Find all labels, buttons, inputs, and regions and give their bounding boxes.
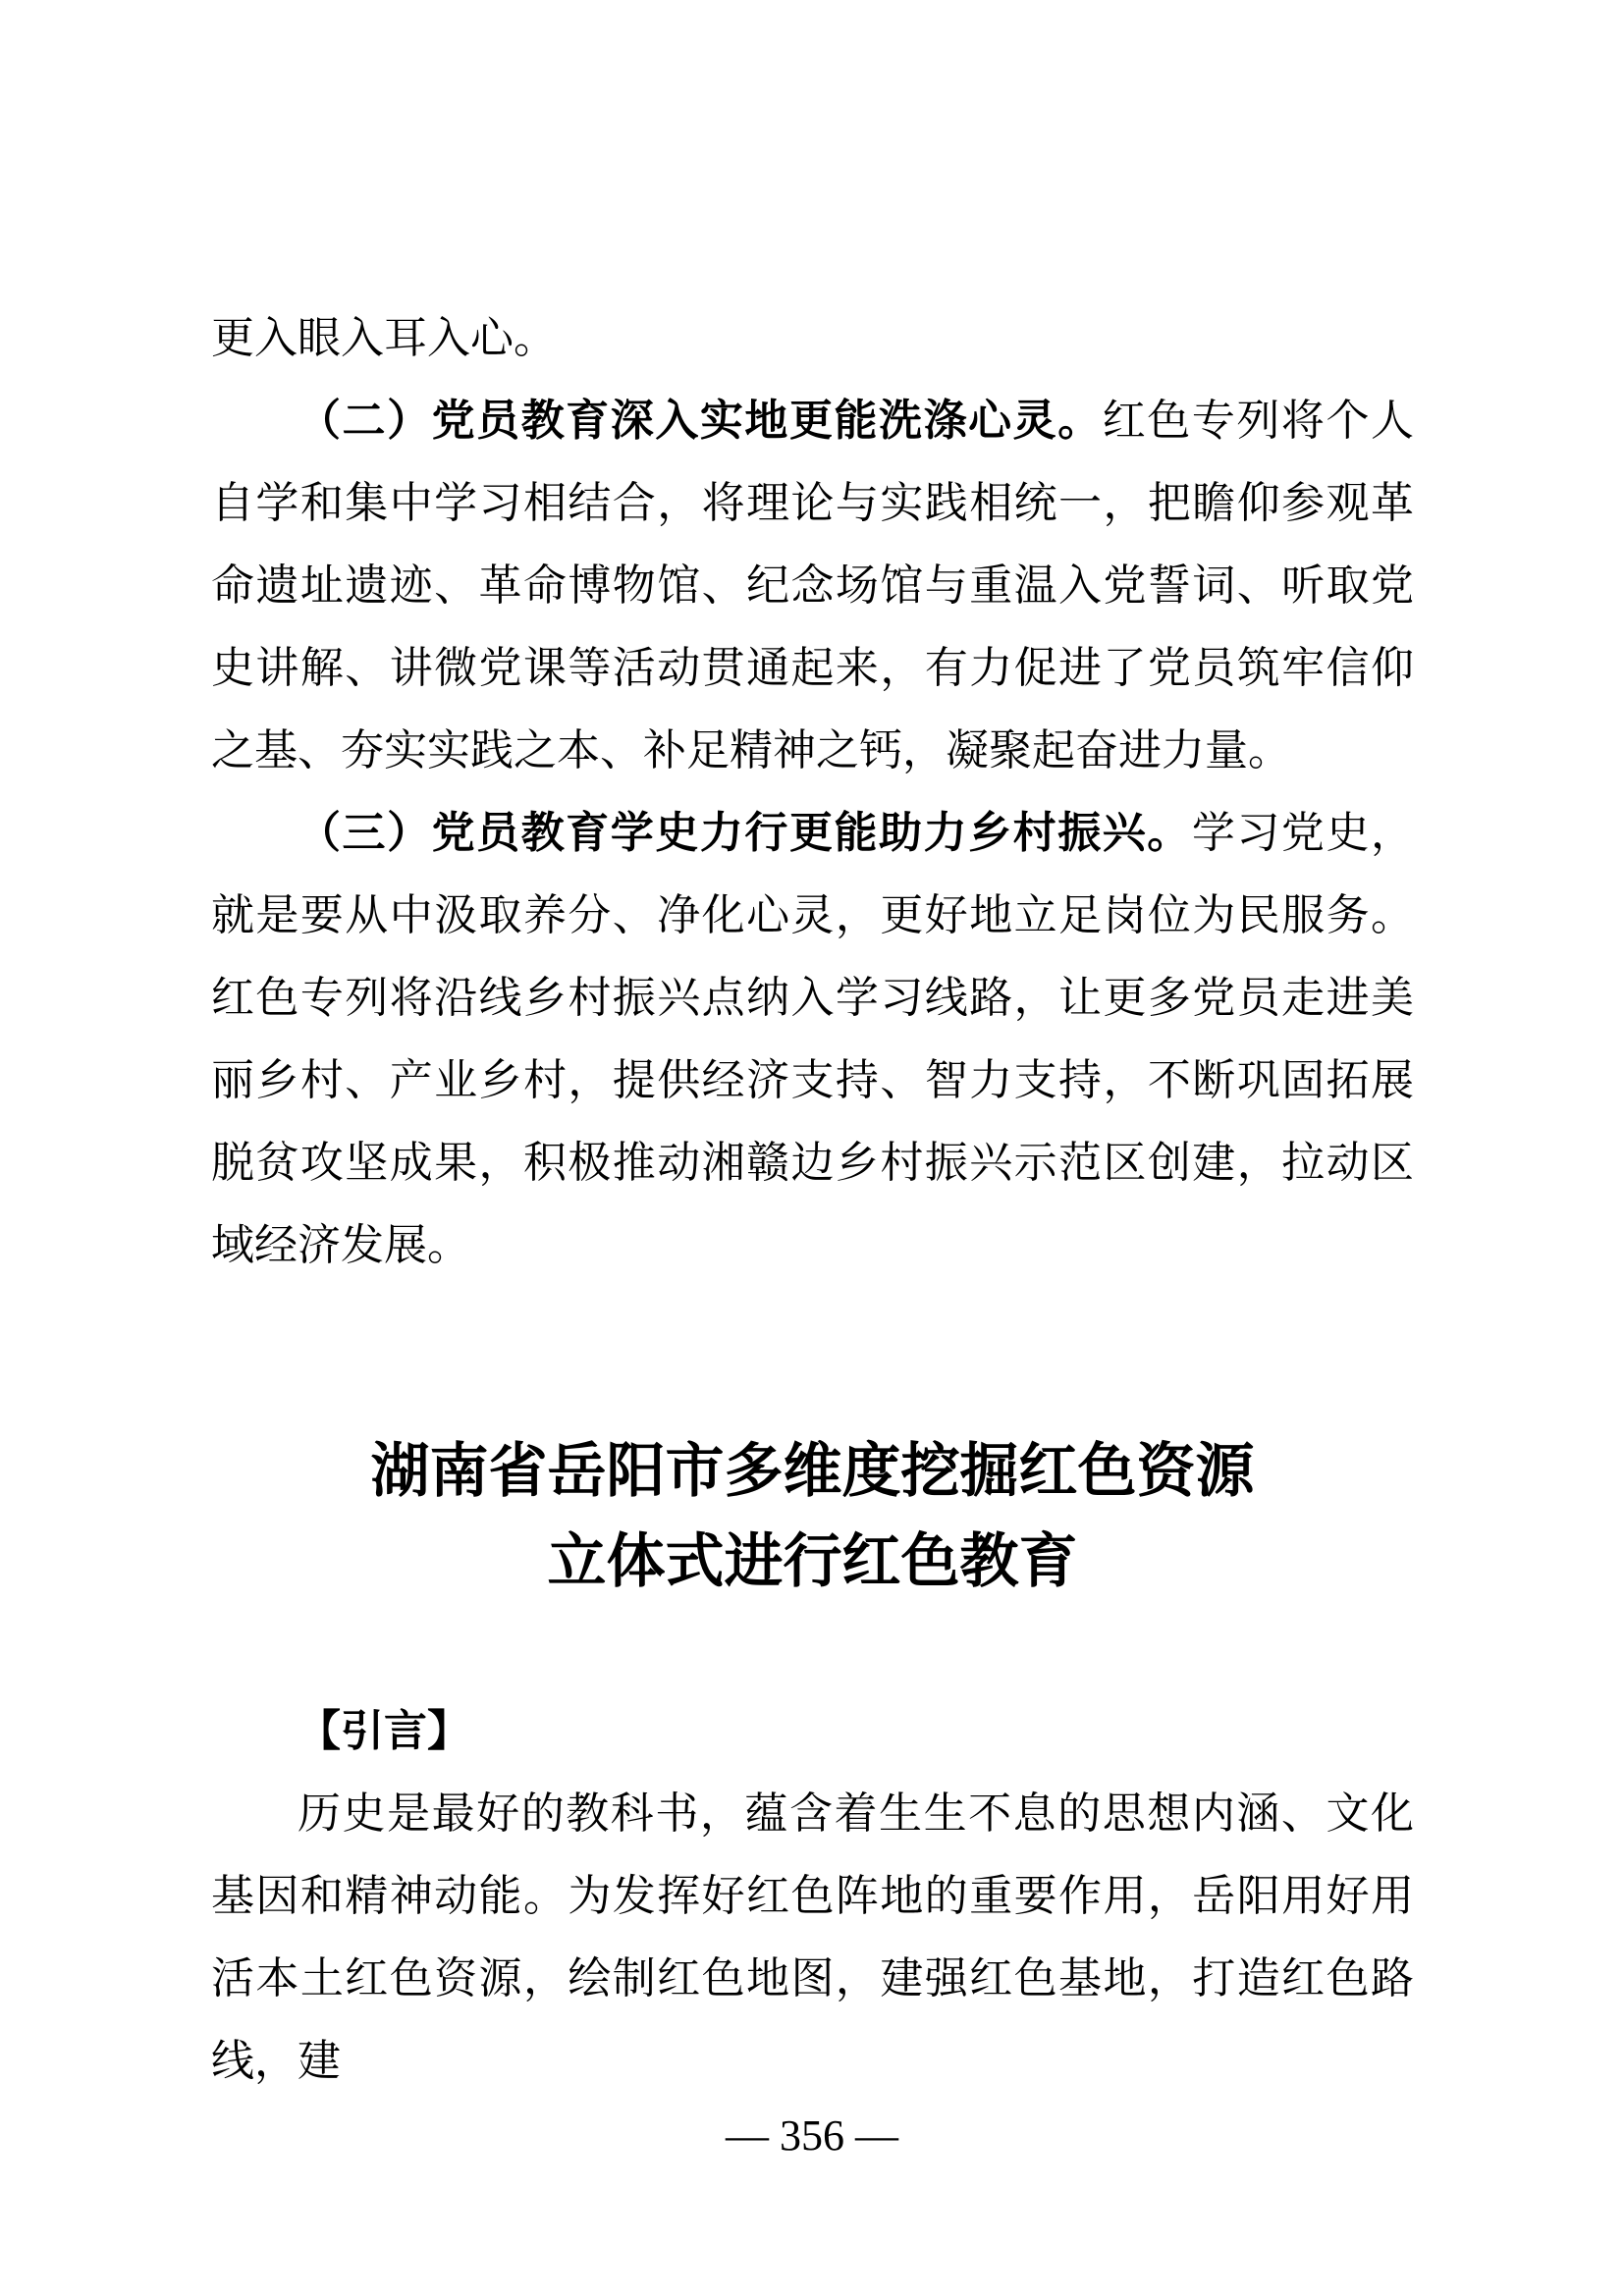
text-block: 更入眼入耳入心。 （二）党员教育深入实地更能洗涤心灵。红色专列将个人自学和集中学… (211, 297, 1414, 2103)
paragraph-section-3: （三）党员教育学史力行更能助力乡村振兴。学习党史，就是要从中汲取养分、净化心灵，… (211, 792, 1414, 1287)
paragraph-section-3-heading: （三）党员教育学史力行更能助力乡村振兴。 (298, 809, 1192, 857)
article-title-line-1: 湖南省岳阳市多维度挖掘红色资源 (211, 1426, 1414, 1517)
page-number: — 356 — (0, 2107, 1624, 2165)
paragraph-section-2-body: 红色专列将个人自学和集中学习相结合，将理论与实践相统一，把瞻仰参观革命遗址遗迹、… (211, 397, 1414, 774)
section-label-introduction: 【引言】 (211, 1690, 1414, 1773)
paragraph-section-2: （二）党员教育深入实地更能洗涤心灵。红色专列将个人自学和集中学习相结合，将理论与… (211, 380, 1414, 792)
article-title: 湖南省岳阳市多维度挖掘红色资源 立体式进行红色教育 (211, 1426, 1414, 1607)
document-page: 更入眼入耳入心。 （二）党员教育深入实地更能洗涤心灵。红色专列将个人自学和集中学… (0, 0, 1624, 2296)
introduction-paragraph: 历史是最好的教科书，蕴含着生生不息的思想内涵、文化基因和精神动能。为发挥好红色阵… (211, 1773, 1414, 2103)
paragraph-section-3-body: 学习党史，就是要从中汲取养分、净化心灵，更好地立足岗位为民服务。红色专列将沿线乡… (211, 809, 1414, 1269)
article-title-line-2: 立体式进行红色教育 (211, 1517, 1414, 1607)
continued-paragraph-line: 更入眼入耳入心。 (211, 297, 1414, 380)
paragraph-section-2-heading: （二）党员教育深入实地更能洗涤心灵。 (298, 397, 1103, 445)
